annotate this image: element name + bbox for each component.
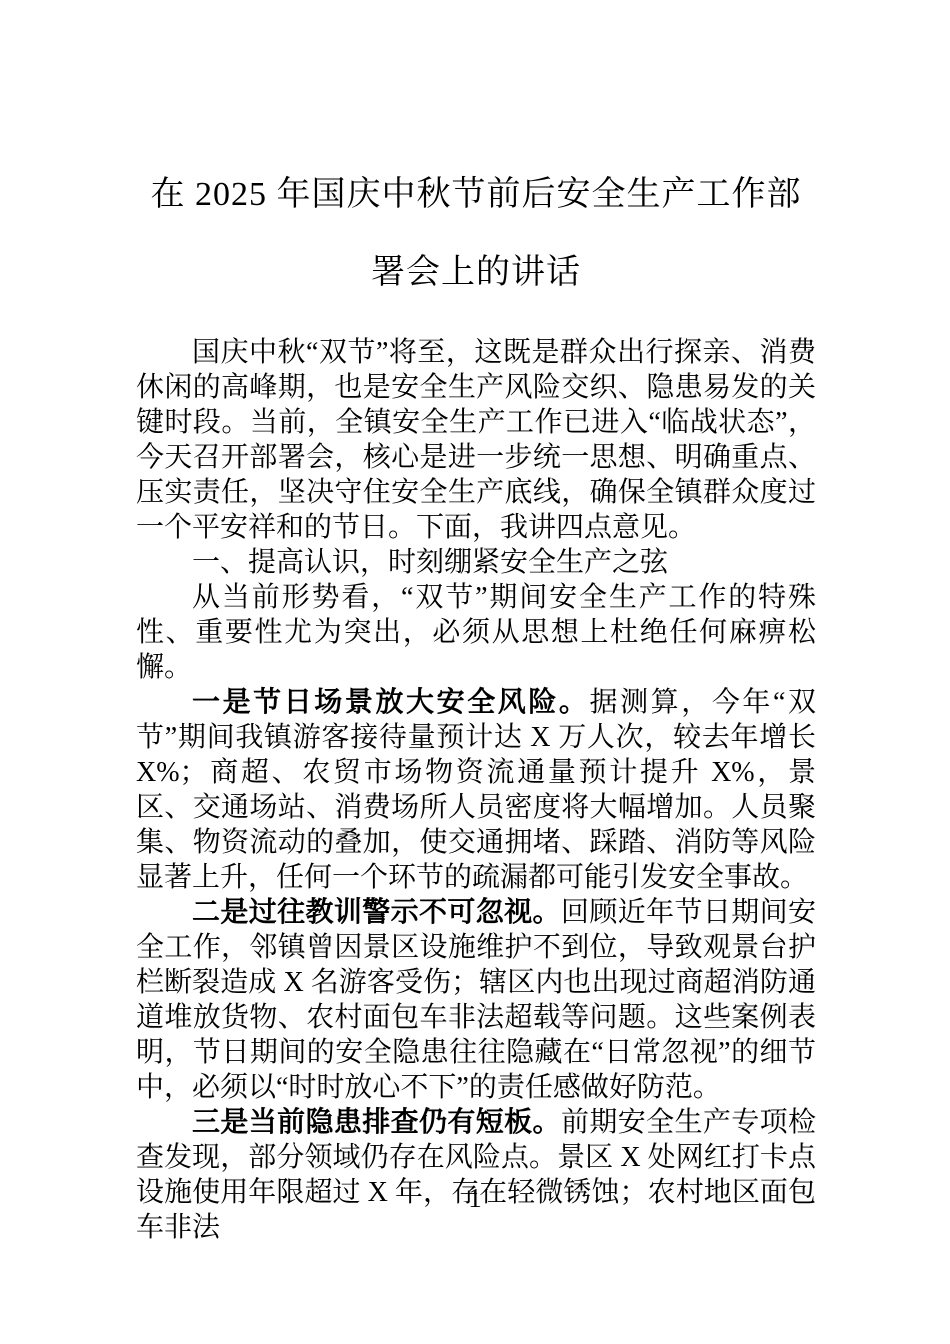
- paragraph-point-2-lead: 二是过往教训警示不可忽视。: [192, 897, 561, 928]
- paragraph-point-2: 二是过往教训警示不可忽视。回顾近年节日期间安全工作，邻镇曾因景区设施维护不到位，…: [136, 895, 816, 1105]
- document-body: 国庆中秋“双节”将至，这既是群众出行探亲、消费休闲的高峰期，也是安全生产风险交织…: [136, 335, 816, 1245]
- paragraph-intro: 国庆中秋“双节”将至，这既是群众出行探亲、消费休闲的高峰期，也是安全生产风险交织…: [136, 335, 816, 545]
- document-title: 在 2025 年国庆中秋节前后安全生产工作部 署会上的讲话: [136, 156, 816, 312]
- paragraph-section1-overview-text: 从当前形势看，“双节”期间安全生产工作的特殊性、重要性尤为突出，必须从思想上杜绝…: [136, 582, 816, 683]
- paragraph-section1-overview: 从当前形势看，“双节”期间安全生产工作的特殊性、重要性尤为突出，必须从思想上杜绝…: [136, 580, 816, 685]
- paragraph-point-1: 一是节日场景放大安全风险。据测算，今年“双节”期间我镇游客接待量预计达 X 万人…: [136, 685, 816, 895]
- title-line-1: 在 2025 年国庆中秋节前后安全生产工作部: [136, 156, 816, 234]
- section-heading-1: 一、提高认识，时刻绷紧安全生产之弦: [136, 545, 816, 580]
- page-number: 1: [0, 1183, 950, 1213]
- paragraph-point-1-lead: 一是节日场景放大安全风险。: [192, 687, 590, 718]
- paragraph-intro-text: 国庆中秋“双节”将至，这既是群众出行探亲、消费休闲的高峰期，也是安全生产风险交织…: [136, 337, 816, 543]
- title-line-2: 署会上的讲话: [136, 234, 816, 312]
- section-heading-1-text: 一、提高认识，时刻绷紧安全生产之弦: [192, 547, 668, 578]
- paragraph-point-3-lead: 三是当前隐患排查仍有短板。: [192, 1107, 561, 1138]
- document-page: 在 2025 年国庆中秋节前后安全生产工作部 署会上的讲话 国庆中秋“双节”将至…: [0, 0, 950, 1344]
- paragraph-point-3: 三是当前隐患排查仍有短板。前期安全生产专项检查发现，部分领域仍存在风险点。景区 …: [136, 1105, 816, 1245]
